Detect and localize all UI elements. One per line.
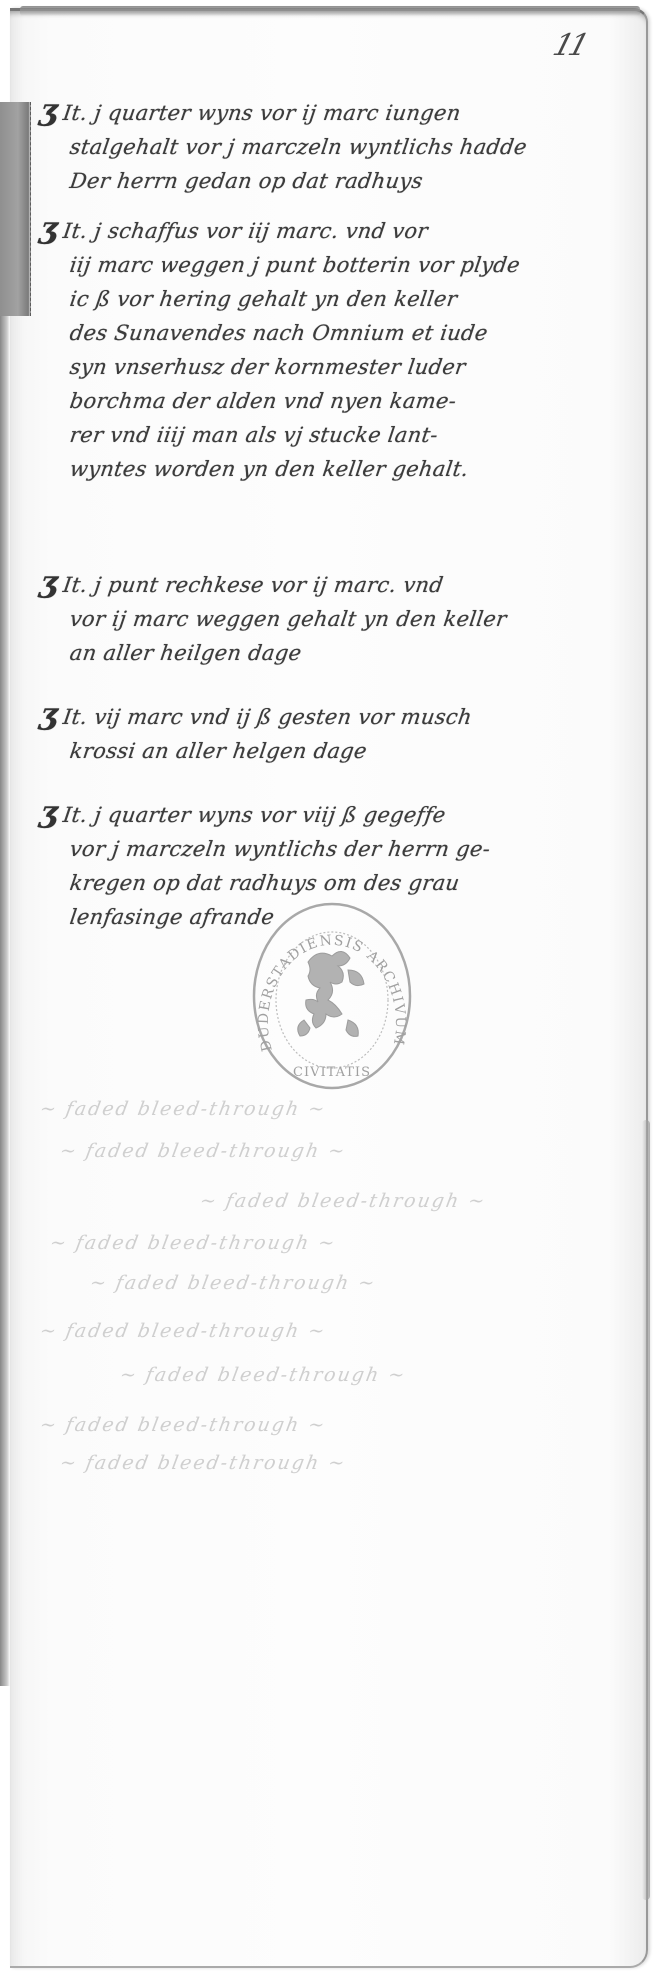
entry-line: ʒIt. j quarter wyns vor ij marc iungen bbox=[37, 94, 652, 130]
entry-line: krossi an aller helgen dage bbox=[38, 734, 653, 768]
faded-text-line: ~ faded bleed-through ~ bbox=[48, 1232, 338, 1254]
faded-text-line: ~ faded bleed-through ~ bbox=[58, 1140, 348, 1162]
entry-line: borchma der alden vnd nyen kame- bbox=[38, 384, 653, 418]
entry-1: ʒIt. j quarter wyns vor ij marc iungen s… bbox=[40, 94, 650, 198]
entry-line: ʒIt. j schaffus vor iij marc. vnd vor bbox=[37, 212, 652, 248]
entry-line: ic ß vor hering gehalt yn den keller bbox=[38, 282, 653, 316]
entry-line: ʒIt. vij marc vnd ij ß gesten vor musch bbox=[37, 698, 652, 734]
entry-line: an aller heilgen dage bbox=[38, 636, 653, 670]
svg-text:CIVITATIS: CIVITATIS bbox=[293, 1065, 371, 1080]
faded-text-line: ~ faded bleed-through ~ bbox=[38, 1414, 328, 1436]
item-mark-icon: ʒ bbox=[38, 565, 60, 600]
entry-line: rer vnd iiij man als vj stucke lant- bbox=[38, 418, 653, 452]
faded-text-line: ~ faded bleed-through ~ bbox=[38, 1098, 328, 1120]
item-mark-icon: ʒ bbox=[38, 795, 60, 830]
entry-line: syn vnserhusz der kornmester luder bbox=[38, 350, 653, 384]
faded-text-line: ~ faded bleed-through ~ bbox=[118, 1364, 408, 1386]
item-mark-icon: ʒ bbox=[38, 211, 60, 246]
entry-line: vor ij marc weggen gehalt yn den keller bbox=[38, 602, 653, 636]
lion-seal-icon: DUDERSTADIENSIS ARCHIVUM CIVITATIS CIVIT… bbox=[248, 900, 416, 1092]
faded-text-line: ~ faded bleed-through ~ bbox=[58, 1452, 348, 1474]
entry-line: stalgehalt vor j marczeln wyntlichs hadd… bbox=[38, 130, 653, 164]
entry-line: iij marc weggen j punt botterin vor plyd… bbox=[38, 248, 653, 282]
item-mark-icon: ʒ bbox=[38, 697, 60, 732]
entry-line: wyntes worden yn den keller gehalt. bbox=[38, 452, 653, 486]
archive-stamp: DUDERSTADIENSIS ARCHIVUM CIVITATIS CIVIT… bbox=[248, 900, 416, 1092]
entry-3: ʒIt. j punt rechkese vor ij marc. vnd vo… bbox=[40, 566, 650, 670]
entry-line: des Sunavendes nach Omnium et iude bbox=[38, 316, 653, 350]
page-top-edge bbox=[20, 6, 640, 16]
entry-line: ʒIt. j punt rechkese vor ij marc. vnd bbox=[37, 566, 652, 602]
binding-shadow-left bbox=[0, 316, 10, 1686]
entry-line: kregen op dat radhuys om des grau bbox=[38, 866, 653, 900]
item-mark-icon: ʒ bbox=[38, 93, 60, 128]
faded-text-line: ~ faded bleed-through ~ bbox=[38, 1320, 328, 1342]
entry-line: ʒIt. j quarter wyns vor viij ß gegeffe bbox=[37, 796, 652, 832]
faded-text-line: ~ faded bleed-through ~ bbox=[198, 1190, 488, 1212]
entry-2: ʒIt. j schaffus vor iij marc. vnd vor ii… bbox=[40, 212, 650, 486]
page-edge-shadow-right bbox=[642, 1120, 650, 1900]
entry-line: vor j marczeln wyntlichs der herrn ge- bbox=[38, 832, 653, 866]
entry-4: ʒIt. vij marc vnd ij ß gesten vor musch … bbox=[40, 698, 650, 768]
binding-tab bbox=[0, 102, 31, 316]
entry-line: Der herrn gedan op dat radhuys bbox=[38, 164, 653, 198]
faded-text-line: ~ faded bleed-through ~ bbox=[88, 1272, 378, 1294]
